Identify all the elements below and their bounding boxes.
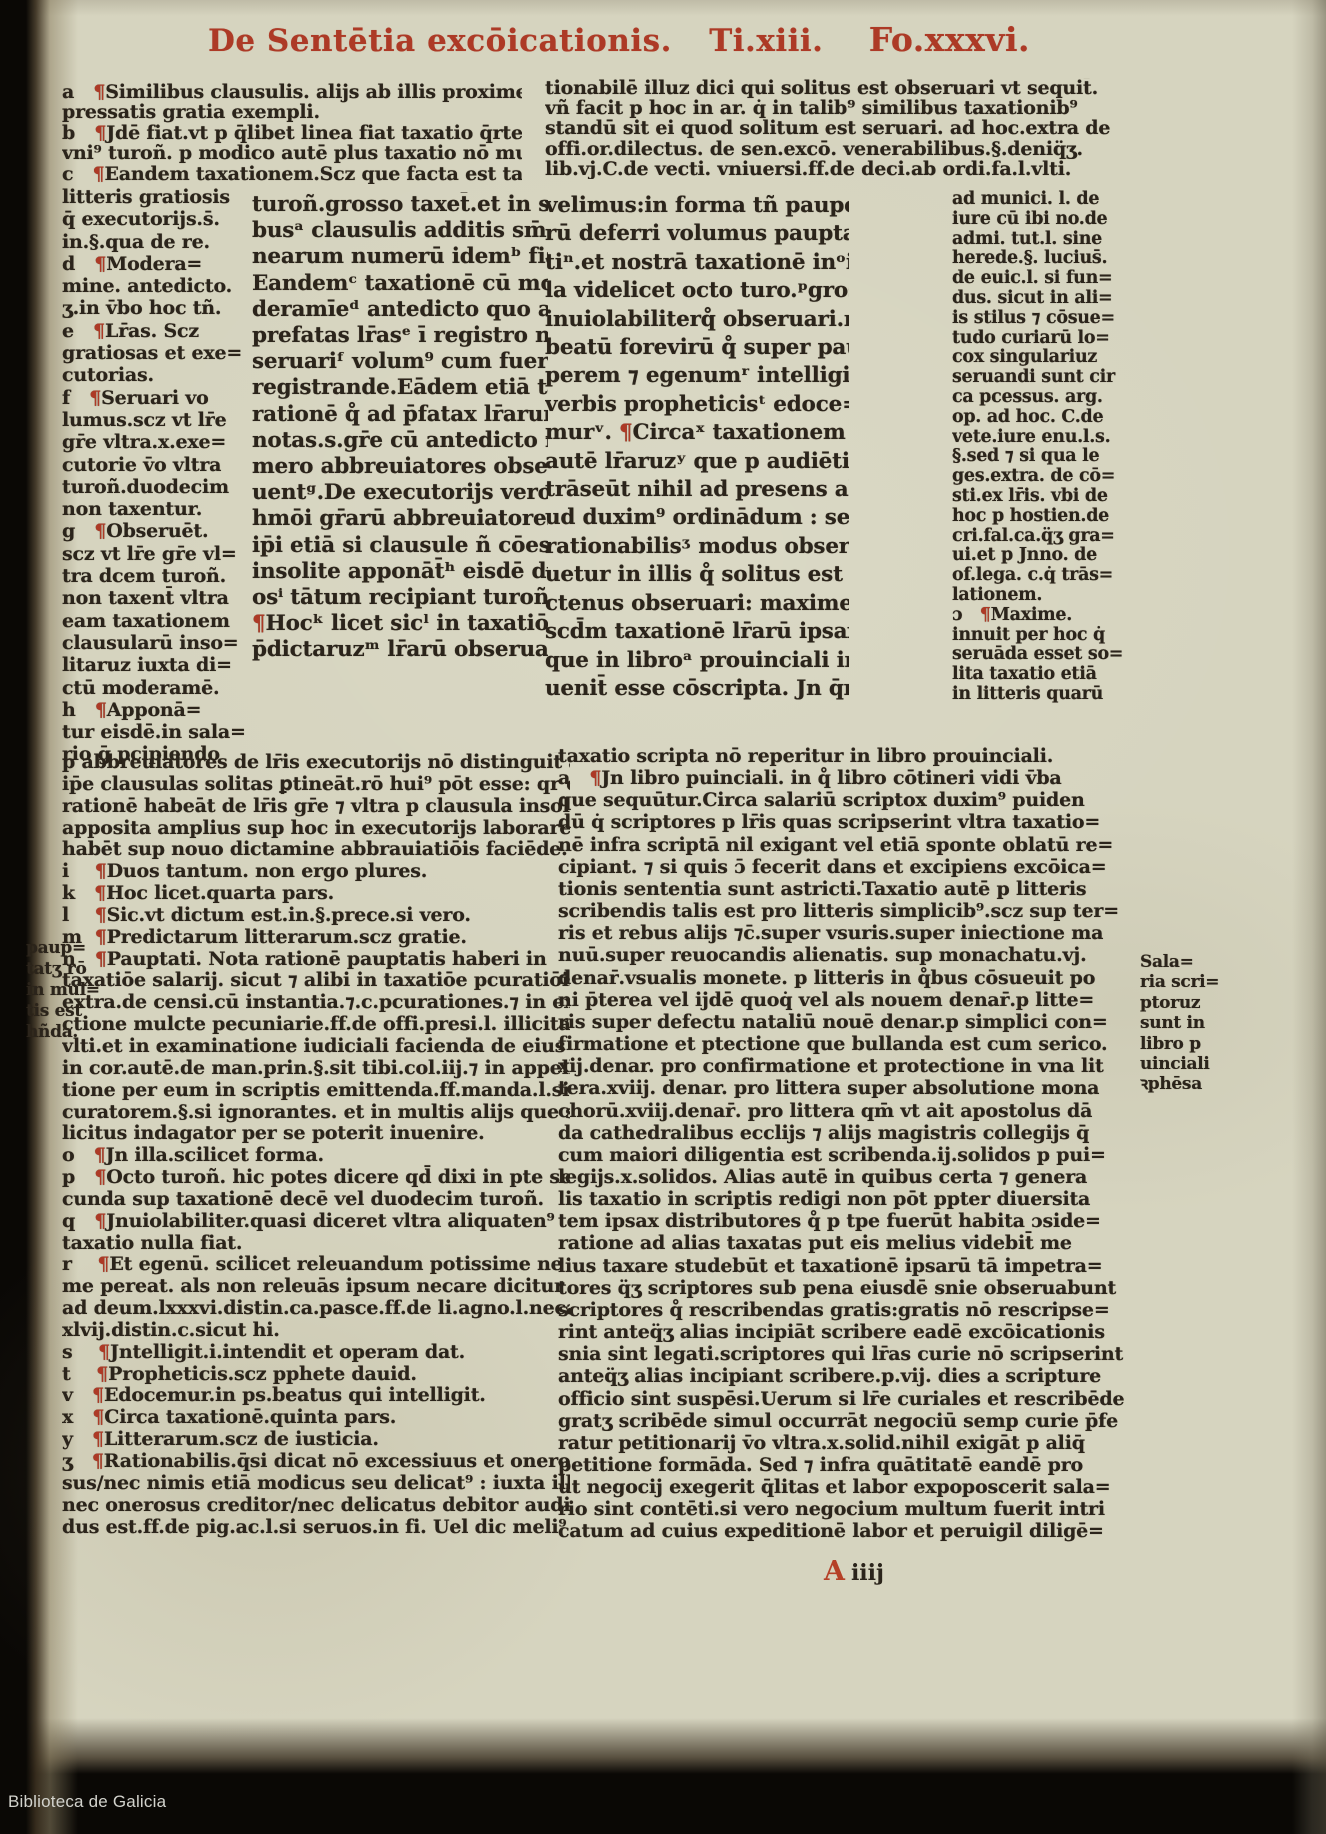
textcolumn-left: turoñ.grosso taxet̄.et in sim̄i= busᵃ cl… — [252, 192, 548, 664]
signature-mark: Aiiij — [824, 1556, 884, 1587]
text-bottom-right: taxatio scripta nō reperitur in libro pr… — [558, 745, 1138, 1543]
book-scan: De Sentētia excōicationis. Ti.xiii. Fo.x… — [0, 0, 1326, 1834]
page-header: De Sentētia excōicationis. Ti.xiii. Fo.x… — [208, 20, 1268, 59]
header-folio: Fo.xxxvi. — [869, 20, 1030, 59]
gloss-mid-left: p abbreuiatores de lr̄is executorijs nō … — [62, 752, 570, 1538]
signature-numerals: iiij — [851, 1560, 884, 1586]
gloss-top-left: a ¶Similibus clausulis. alijs ab illis p… — [62, 82, 522, 184]
header-titulus: Ti.xiii. — [709, 23, 823, 59]
library-watermark: Biblioteca de Galicia — [8, 1792, 166, 1812]
margin-gloss-left: litteris gratiosis q̄ executorijs.s̄. in… — [62, 186, 254, 766]
gloss-top-right: tionabilē illuz dici qui solitus est obs… — [545, 78, 1135, 179]
textcolumn-right: velimus:in forma tñ paupe= rū deferri vo… — [545, 192, 849, 703]
margin-gloss-right: ad munici. l. de iure cū ibi no.de admi.… — [952, 190, 1134, 705]
header-title: De Sentētia excōicationis. — [208, 23, 672, 59]
margin-note-salaria: Sala= ria scri= ptoruz sunt in libro p u… — [1140, 952, 1272, 1095]
signature-initial: A — [824, 1556, 845, 1587]
